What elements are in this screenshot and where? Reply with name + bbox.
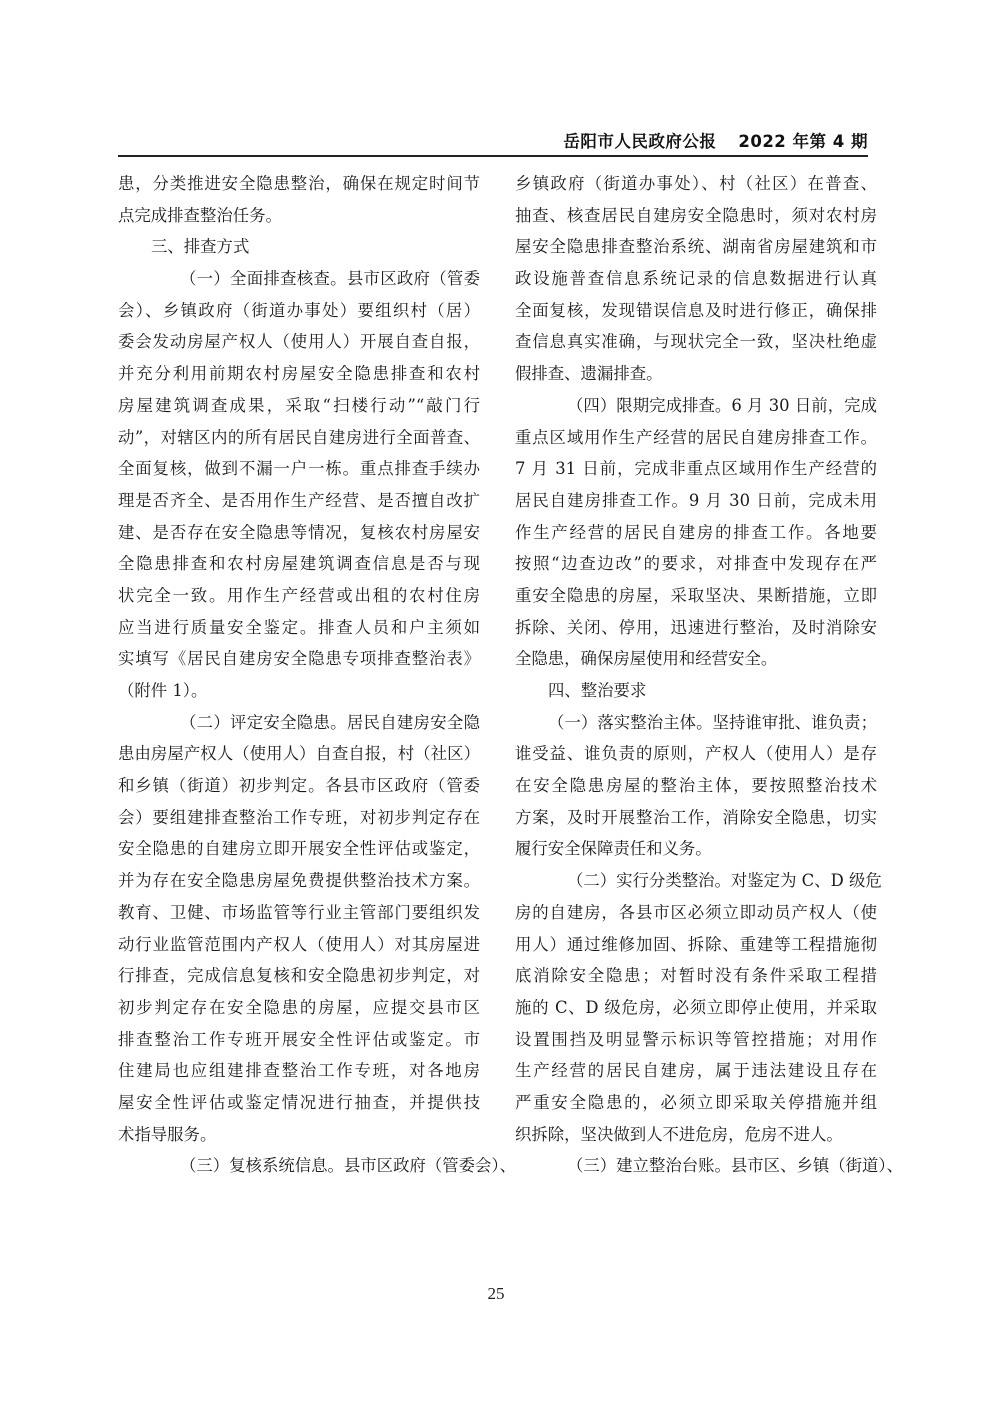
text-line: 谁受益、谁负责的原则，产权人（使用人）是存	[515, 738, 877, 770]
text-line: 履行安全保障责任和义务。	[515, 833, 877, 865]
text-line: 状完全一致。用作生产经营或出租的农村住房	[118, 580, 480, 612]
text-line: 全隐患，确保房屋使用和经营安全。	[515, 643, 877, 675]
text-line: 术指导服务。	[118, 1119, 480, 1151]
left-column: 患，分类推进安全隐患整治，确保在规定时间节点完成排查整治任务。三、排查方式（一）…	[118, 168, 480, 1182]
running-header: 岳阳市人民政府公报2022 年第 4 期	[118, 128, 868, 154]
text-line: 初步判定存在安全隐患的房屋，应提交县市区	[118, 992, 480, 1024]
text-line: 抽查、核查居民自建房安全隐患时，须对农村房	[515, 200, 877, 232]
text-line: 应当进行质量安全鉴定。排查人员和户主须如	[118, 612, 480, 644]
text-line: （附件 1）。	[118, 675, 480, 707]
text-line: （二）评定安全隐患。居民自建房安全隐	[118, 707, 480, 739]
text-line: 并为存在安全隐患房屋免费提供整治技术方案。	[118, 865, 480, 897]
text-line: （一）全面排查核查。县市区政府（管委	[118, 263, 480, 295]
text-line: 建、是否存在安全隐患等情况，复核农村房屋安	[118, 517, 480, 549]
text-line: 会）要组建排查整治工作专班，对初步判定存在	[118, 802, 480, 834]
text-line: （二）实行分类整治。对鉴定为 C、D 级危	[515, 865, 877, 897]
text-line: 三、排查方式	[118, 231, 480, 263]
text-line: 四、整治要求	[515, 675, 877, 707]
text-line: 行排查，完成信息复核和安全隐患初步判定，对	[118, 960, 480, 992]
text-line: 按照“边查边改”的要求，对排查中发现存在严	[515, 548, 877, 580]
text-line: 乡镇政府（街道办事处）、村（社区）在普查、	[515, 168, 877, 200]
text-line: 排查整治工作专班开展安全性评估或鉴定。市	[118, 1024, 480, 1056]
text-line: 方案，及时开展整治工作，消除安全隐患，切实	[515, 802, 877, 834]
text-line: 用人）通过维修加固、拆除、重建等工程措施彻	[515, 929, 877, 961]
text-line: 假排查、遗漏排查。	[515, 358, 877, 390]
text-line: 住建局也应组建排查整治工作专班，对各地房	[118, 1055, 480, 1087]
text-line: 实填写《居民自建房安全隐患专项排查整治表》	[118, 643, 480, 675]
text-line: 居民自建房排查工作。9 月 30 日前，完成未用	[515, 485, 877, 517]
text-line: 房的自建房，各县市区必须立即动员产权人（使	[515, 897, 877, 929]
publication-title: 岳阳市人民政府公报	[563, 128, 716, 152]
text-line: 委会发动房屋产权人（使用人）开展自查自报，	[118, 326, 480, 358]
text-line: （三）复核系统信息。县市区政府（管委会）、	[118, 1150, 480, 1182]
text-line: 设置围挡及明显警示标识等管控措施；对用作	[515, 1024, 877, 1056]
text-line: （四）限期完成排查。6 月 30 日前，完成	[515, 390, 877, 422]
text-line: 织拆除，坚决做到人不进危房，危房不进人。	[515, 1119, 877, 1151]
text-line: 生产经营的居民自建房，属于违法建设且存在	[515, 1055, 877, 1087]
text-line: 动”，对辖区内的所有居民自建房进行全面普查、	[118, 422, 480, 454]
text-line: 7 月 31 日前，完成非重点区域用作生产经营的	[515, 453, 877, 485]
text-line: 在安全隐患房屋的整治主体，要按照整治技术	[515, 770, 877, 802]
text-line: 全面复核，做到不漏一户一栋。重点排查手续办	[118, 453, 480, 485]
text-line: 会）、乡镇政府（街道办事处）要组织村（居）	[118, 295, 480, 327]
text-line: （一）落实整治主体。坚持谁审批、谁负责；	[515, 707, 877, 739]
text-line: 安全隐患的自建房立即开展安全性评估或鉴定，	[118, 833, 480, 865]
text-line: 屋安全性评估或鉴定情况进行抽查，并提供技	[118, 1087, 480, 1119]
text-line: 理是否齐全、是否用作生产经营、是否擅自改扩	[118, 485, 480, 517]
text-line: 屋安全隐患排查整治系统、湖南省房屋建筑和市	[515, 231, 877, 263]
text-line: 重安全隐患的房屋，采取坚决、果断措施，立即	[515, 580, 877, 612]
text-line: 房屋建筑调查成果，采取“扫楼行动”“敲门行	[118, 390, 480, 422]
text-line: 全面复核，发现错误信息及时进行修正，确保排	[515, 295, 877, 327]
text-line: 点完成排查整治任务。	[118, 200, 480, 232]
header-rule	[118, 155, 868, 157]
text-line: 查信息真实准确，与现状完全一致，坚决杜绝虚	[515, 326, 877, 358]
text-line: 严重安全隐患的，必须立即采取关停措施并组	[515, 1087, 877, 1119]
text-line: 并充分利用前期农村房屋安全隐患排查和农村	[118, 358, 480, 390]
text-line: 作生产经营的居民自建房的排查工作。各地要	[515, 517, 877, 549]
text-line: 患由房屋产权人（使用人）自查自报，村（社区）	[118, 738, 480, 770]
text-line: 患，分类推进安全隐患整治，确保在规定时间节	[118, 168, 480, 200]
text-line: 施的 C、D 级危房，必须立即停止使用，并采取	[515, 992, 877, 1024]
text-line: （三）建立整治台账。县市区、乡镇（街道）、	[515, 1150, 877, 1182]
text-line: 底消除安全隐患；对暂时没有条件采取工程措	[515, 960, 877, 992]
issue-label: 2022 年第 4 期	[738, 128, 868, 152]
right-column: 乡镇政府（街道办事处）、村（社区）在普查、抽查、核查居民自建房安全隐患时，须对农…	[515, 168, 877, 1182]
text-line: 重点区域用作生产经营的居民自建房排查工作。	[515, 422, 877, 454]
text-line: 和乡镇（街道）初步判定。各县市区政府（管委	[118, 770, 480, 802]
text-line: 政设施普查信息系统记录的信息数据进行认真	[515, 263, 877, 295]
text-line: 全隐患排查和农村房屋建筑调查信息是否与现	[118, 548, 480, 580]
text-line: 教育、卫健、市场监管等行业主管部门要组织发	[118, 897, 480, 929]
page-number: 25	[0, 1284, 992, 1304]
text-line: 拆除、关闭、停用，迅速进行整治，及时消除安	[515, 612, 877, 644]
text-line: 动行业监管范围内产权人（使用人）对其房屋进	[118, 929, 480, 961]
